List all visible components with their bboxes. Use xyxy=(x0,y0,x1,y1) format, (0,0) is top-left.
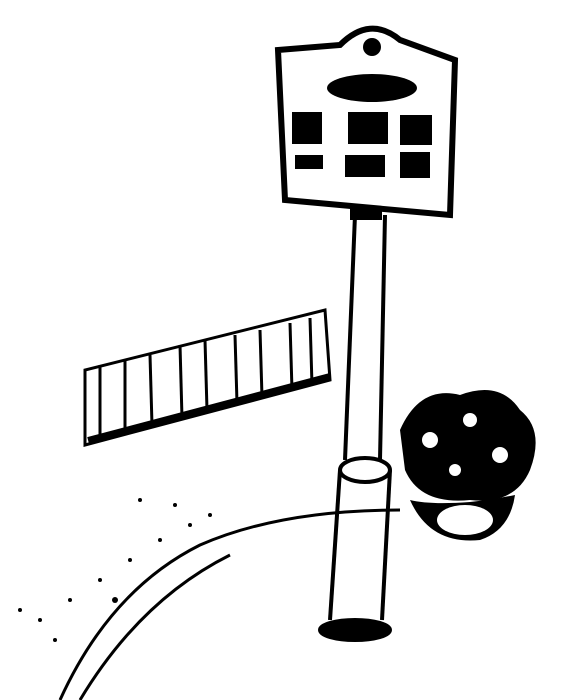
shrub xyxy=(400,390,536,541)
fence xyxy=(85,310,330,445)
illustration xyxy=(0,0,576,700)
path xyxy=(60,510,400,700)
sign-board xyxy=(278,29,455,215)
signpost-pole xyxy=(320,200,390,640)
signpost-drawing xyxy=(0,0,576,700)
ground-speckles xyxy=(18,498,212,642)
